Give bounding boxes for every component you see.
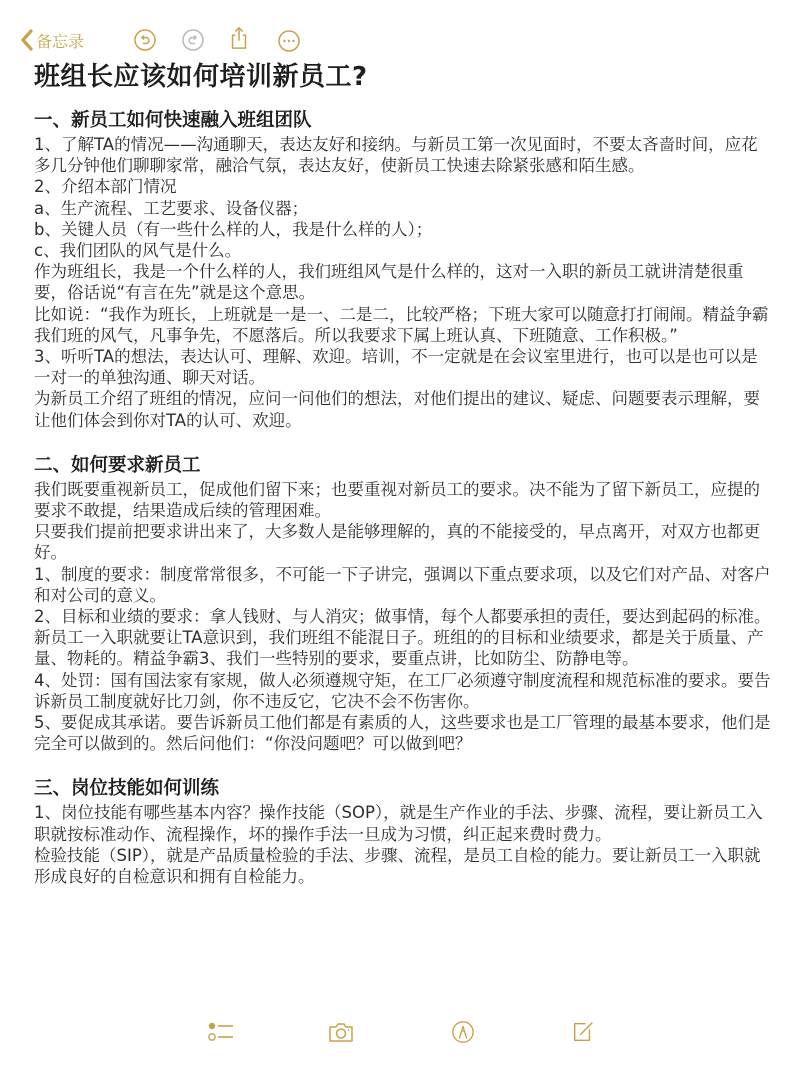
paragraph: 5、要促成其承诺。要告诉新员工他们都是有素质的人，这些要求也是工厂管理的最基本要… — [34, 712, 774, 754]
compose-icon[interactable] — [570, 1020, 596, 1044]
paragraph: 4、处罚：国有国法家有家规，做人必须遵规守矩，在工厂必须遵守制度流程和规范标准的… — [34, 670, 774, 712]
section-heading: 三、岗位技能如何训练 — [34, 776, 774, 802]
bottom-toolbar — [0, 1016, 800, 1050]
paragraph: 1、岗位技能有哪些基本内容？操作技能（SOP），就是生产作业的手法、步骤、流程，… — [34, 802, 774, 844]
camera-icon[interactable] — [327, 1020, 355, 1044]
top-toolbar: 备忘录 — [20, 24, 84, 56]
paragraph: 1、制度的要求：制度常常很多，不可能一下子讲完，强调以下重点要求项，以及它们对产… — [34, 564, 774, 606]
note-body[interactable]: 一、新员工如何快速融入班组团队 1、了解TA的情况——沟通聊天，表达友好和接纳。… — [34, 108, 774, 909]
back-button[interactable]: 备忘录 — [20, 29, 84, 52]
redo-icon[interactable] — [181, 28, 205, 52]
section-1: 一、新员工如何快速融入班组团队 1、了解TA的情况——沟通聊天，表达友好和接纳。… — [34, 108, 774, 431]
paragraph: 我们既要重视新员工，促成他们留下来；也要重视对新员工的要求。决不能为了留下新员工… — [34, 479, 774, 521]
section-heading: 二、如何要求新员工 — [34, 453, 774, 479]
paragraph: b、关键人员（有一些什么样的人，我是什么样的人）； — [34, 219, 774, 240]
share-icon[interactable] — [227, 26, 251, 50]
section-3: 三、岗位技能如何训练 1、岗位技能有哪些基本内容？操作技能（SOP），就是生产作… — [34, 776, 774, 887]
paragraph: 2、目标和业绩的要求：拿人钱财、与人消灾；做事情，每个人都要承担的责任，要达到起… — [34, 606, 774, 627]
checklist-icon[interactable] — [207, 1020, 235, 1044]
paragraph: 作为班组长，我是一个什么样的人，我们班组风气是什么样的，这对一入职的新员工就讲清… — [34, 261, 774, 303]
paragraph: 3、听听TA的想法，表达认可、理解、欢迎。培训，不一定就是在会议室里进行，也可以… — [34, 346, 774, 388]
paragraph: 检验技能（SIP），就是产品质量检验的手法、步骤、流程，是员工自检的能力。要让新… — [34, 845, 774, 887]
back-label: 备忘录 — [36, 29, 84, 52]
paragraph: 1、了解TA的情况——沟通聊天，表达友好和接纳。与新员工第一次见面时，不要太吝啬… — [34, 134, 774, 176]
paragraph: 2、介绍本部门情况 — [34, 176, 774, 197]
undo-icon[interactable] — [133, 28, 157, 52]
section-2: 二、如何要求新员工 我们既要重视新员工，促成他们留下来；也要重视对新员工的要求。… — [34, 453, 774, 755]
chevron-left-icon — [20, 29, 34, 51]
page-title: 班组长应该如何培训新员工? — [34, 56, 368, 93]
paragraph: c、我们团队的风气是什么。 — [34, 240, 774, 261]
paragraph: 为新员工介绍了班组的情况，应问一问他们的想法，对他们提出的建议、疑虑、问题要表示… — [34, 388, 774, 430]
paragraph: 比如说：“我作为班长，上班就是一是一、二是二，比较严格；下班大家可以随意打打闹闹… — [34, 304, 774, 346]
section-heading: 一、新员工如何快速融入班组团队 — [34, 108, 774, 134]
paragraph: a、生产流程、工艺要求、设备仪器； — [34, 198, 774, 219]
paragraph: 只要我们提前把要求讲出来了，大多数人是能够理解的，真的不能接受的，早点离开，对双… — [34, 521, 774, 563]
paragraph: 新员工一入职就要让TA意识到，我们班组不能混日子。班组的的目标和业绩要求，都是关… — [34, 627, 774, 669]
more-icon[interactable] — [277, 29, 301, 53]
markup-icon[interactable] — [450, 1020, 476, 1044]
